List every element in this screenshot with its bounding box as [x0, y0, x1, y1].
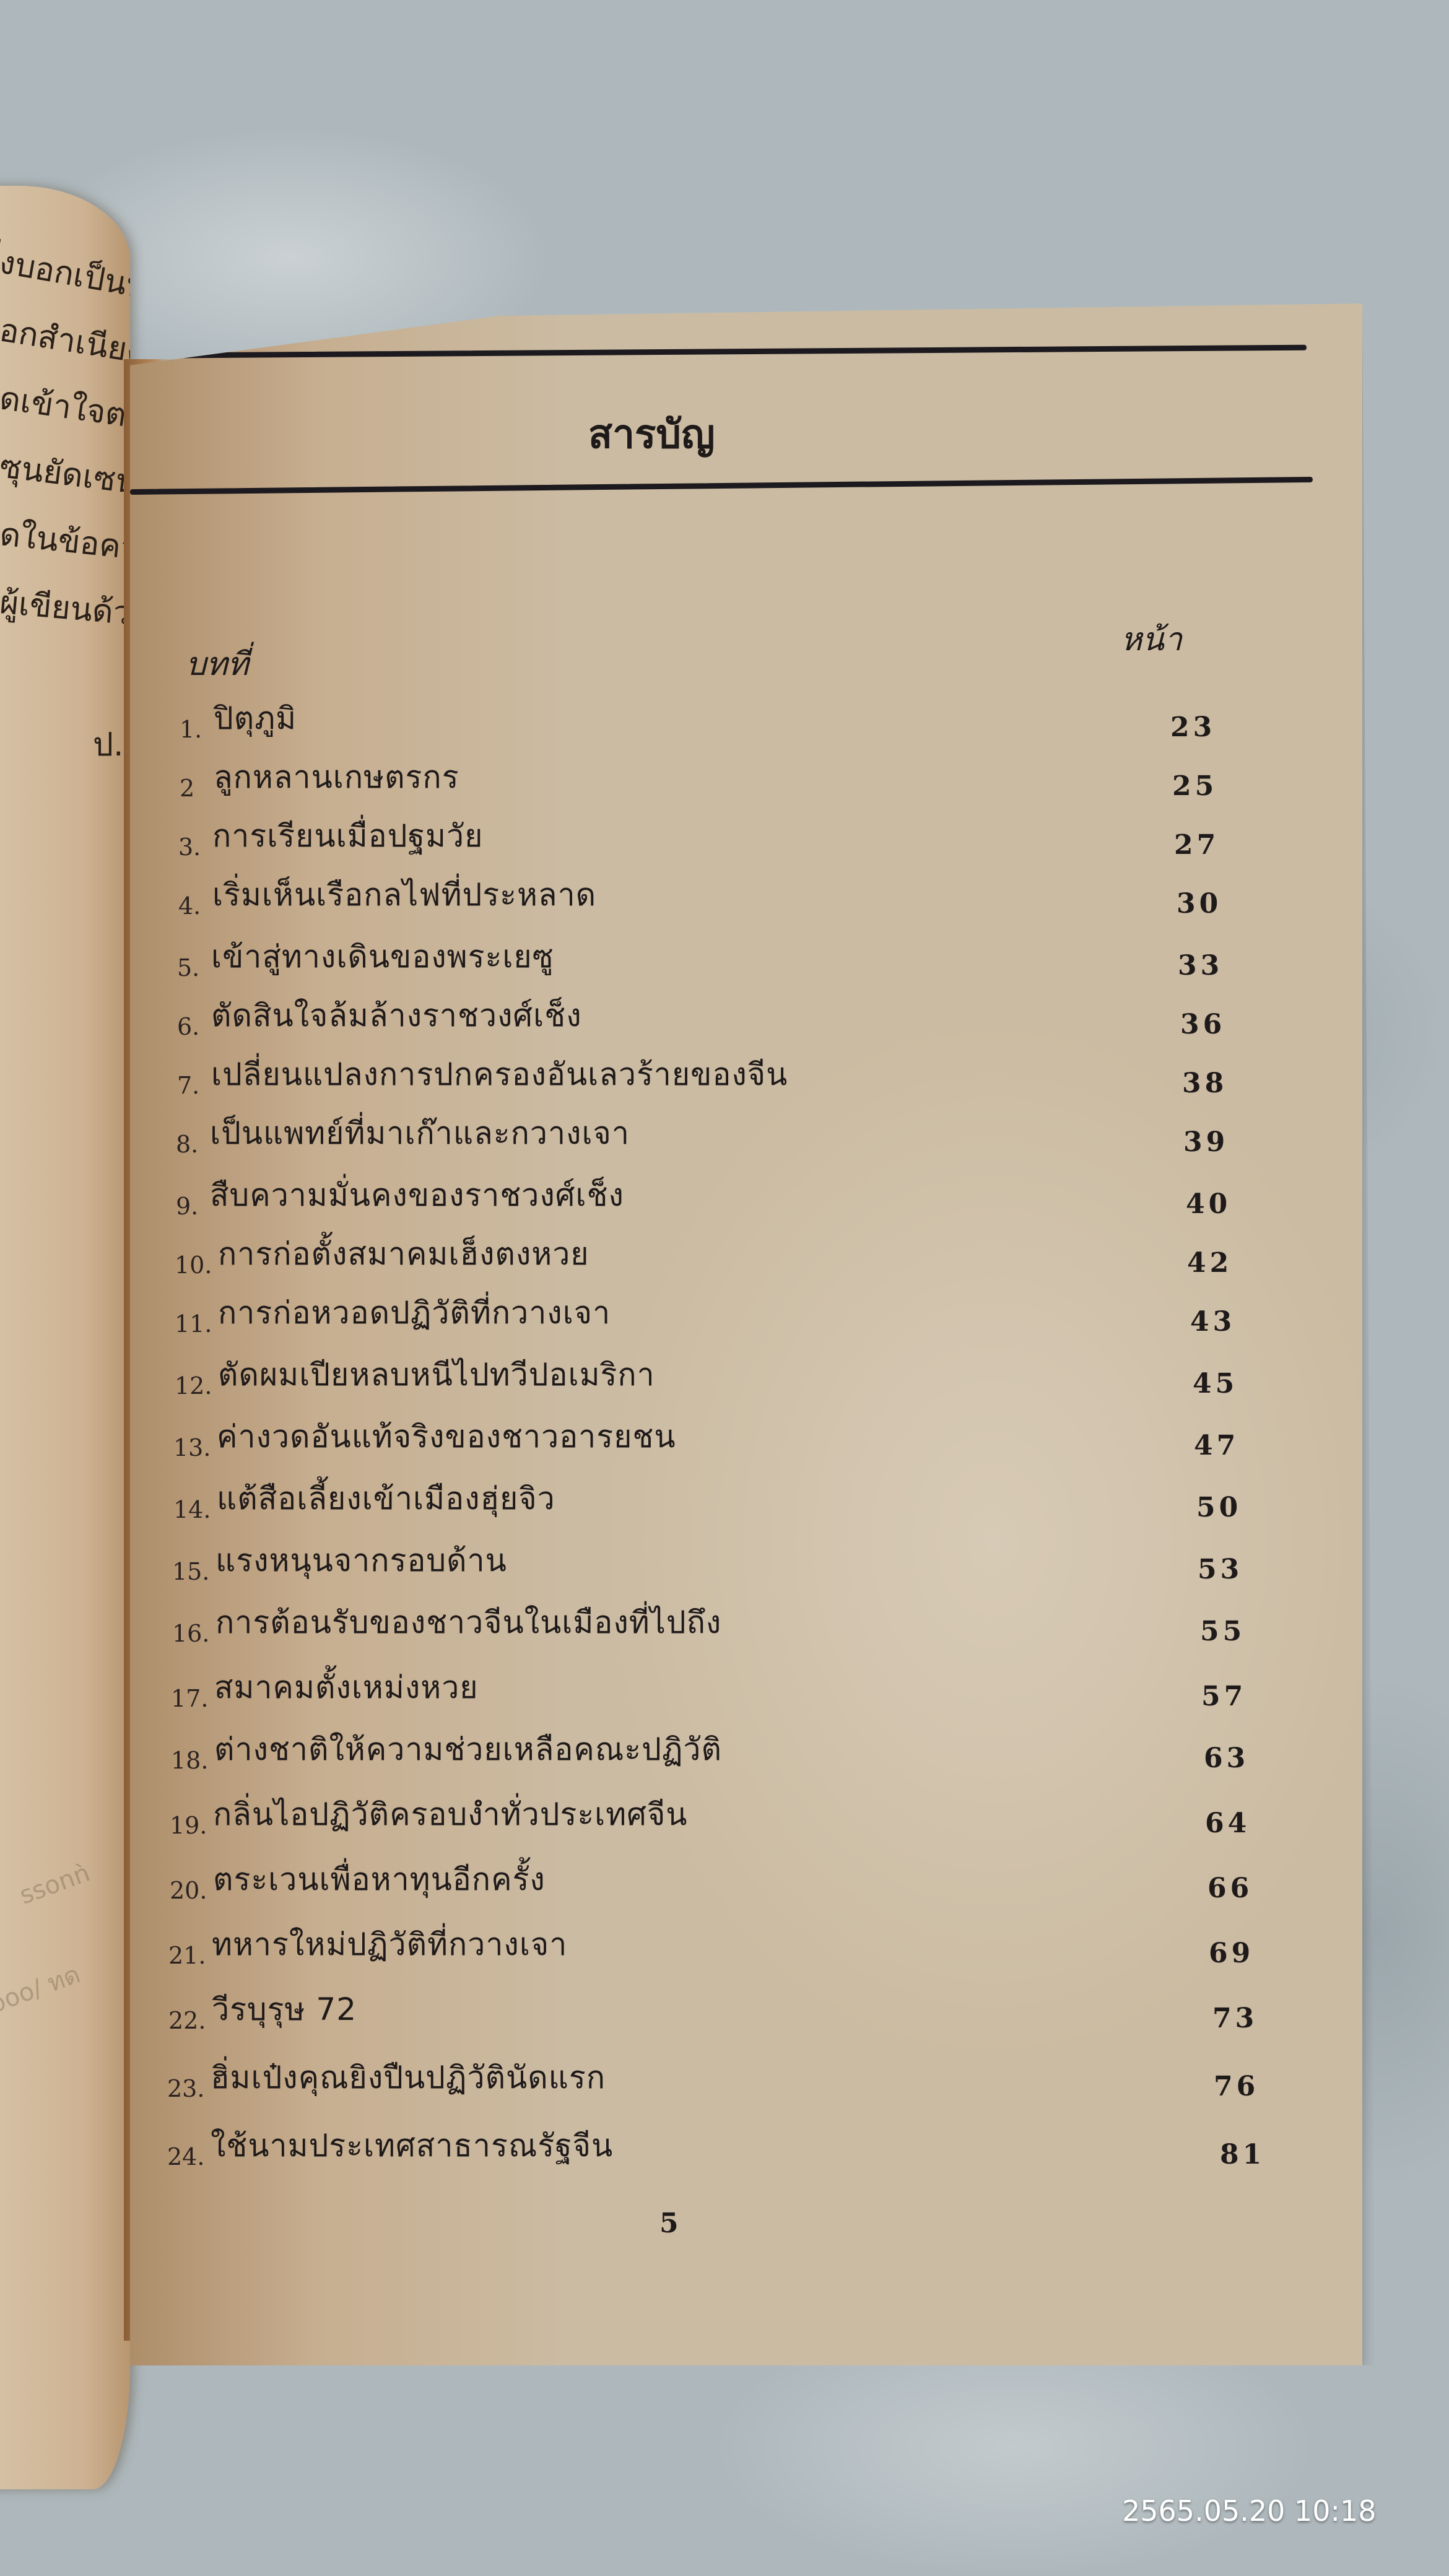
chapter-number: 12.	[175, 1372, 212, 1399]
chapter-number: 16.	[172, 1620, 209, 1647]
chapter-title: เป็นแพทย์ที่มาเก๊าและกวางเจา	[210, 1109, 630, 1158]
chapter-page: 73	[1212, 2003, 1258, 2034]
chapter-page: 45	[1193, 1368, 1238, 1399]
chapter-page: 38	[1182, 1068, 1227, 1099]
toc-entry[interactable]: 9.สืบความมั่นคงของราชวงศ์เช็ง40	[176, 1164, 1352, 1220]
chapter-number: 18.	[171, 1747, 208, 1774]
chapter-title: ตระเวนเพื่อหาทุนอีกครั้ง	[213, 1855, 546, 1904]
left-page-line: ดในข้อความ	[0, 508, 130, 578]
chapter-page: 39	[1183, 1126, 1229, 1158]
bleed-through-text: ooo/ ทด	[0, 1954, 85, 2024]
chapter-page: 42	[1187, 1247, 1232, 1279]
toc-entry[interactable]: 1.ปิตุภูมิ23	[180, 687, 1356, 743]
chapter-page: 33	[1178, 950, 1223, 981]
toc-entry[interactable]: 6.ตัดสินใจล้มล้างราชวงศ์เช็ง36	[177, 985, 1354, 1040]
chapter-page: 23	[1170, 711, 1216, 743]
chapter-number: 1.	[180, 716, 202, 743]
chapter-title: ปิตุภูมิ	[214, 694, 297, 743]
chapter-number: 7.	[177, 1072, 199, 1099]
chapter-page: 40	[1186, 1188, 1231, 1220]
chapter-number: 11.	[175, 1310, 212, 1338]
chapter-page: 27	[1174, 829, 1219, 861]
chapter-page: 43	[1190, 1306, 1235, 1338]
toc-entry[interactable]: 7.เปลี่ยนแปลงการปกครองอันเลวร้ายของจีน38	[177, 1043, 1354, 1099]
toc-entry[interactable]: 23.ฮิ่มเป๋งคุณยิงปืนปฏิวัตินัดแรก76	[167, 2047, 1344, 2102]
chapter-page: 63	[1204, 1743, 1249, 1774]
left-page-line: ผู้เขียนด้วย	[0, 576, 130, 640]
bleed-through-text: ssonǹ	[16, 1858, 94, 1910]
chapter-number: 5.	[177, 954, 199, 981]
toc-entry[interactable]: 15.แรงหนุนจากรอบด้าน53	[172, 1529, 1349, 1585]
chapter-title: เริ่มเห็นเรือกลไฟที่ประหลาด	[212, 871, 596, 920]
chapter-number: 21.	[168, 1942, 206, 1969]
toc-entry[interactable]: 2ลูกหลานเกษตรกร25	[180, 746, 1356, 802]
chapter-title: ลูกหลานเกษตรกร	[214, 753, 459, 802]
chapter-title: ตัดสินใจล้มล้างราชวงศ์เช็ง	[211, 991, 582, 1040]
chapter-page: 69	[1209, 1938, 1254, 1969]
chapter-number: 14.	[173, 1496, 211, 1523]
chapter-number: 15.	[172, 1558, 209, 1585]
toc-entry[interactable]: 11.การก่อหวอดปฏิวัติที่กวางเจา43	[175, 1282, 1351, 1338]
toc-entry[interactable]: 22.วีรบุรุษ 7273	[168, 1978, 1345, 2034]
photo-timestamp: 2565.05.20 10:18	[1122, 2494, 1377, 2528]
left-page-line: ่งบอกเป็นบุ	[0, 236, 130, 312]
chapter-number: 3.	[178, 833, 201, 861]
left-page-line: ซุนยัดเซน นั้	[0, 440, 130, 511]
toc-entry[interactable]: 14.แต้สือเลี้ยงเข้าเมืองฮุ่ยจิว50	[173, 1468, 1350, 1523]
chapter-title: แต้สือเลี้ยงเข้าเมืองฮุ่ยจิว	[217, 1474, 555, 1523]
toc-entry[interactable]: 20.ตระเวนเพื่อหาทุนอีกครั้ง66	[170, 1848, 1346, 1904]
toc-entry[interactable]: 18.ต่างชาติให้ความช่วยเหลือคณะปฏิวัติ63	[171, 1718, 1347, 1774]
chapter-title: การก่อหวอดปฏิวัติที่กวางเจา	[218, 1289, 611, 1338]
toc-entry[interactable]: 12.ตัดผมเปียหลบหนีไปทวีปอเมริกา45	[175, 1344, 1351, 1399]
chapter-title: ตัดผมเปียหลบหนีไปทวีปอเมริกา	[218, 1351, 655, 1399]
chapter-page: 81	[1220, 2139, 1265, 2170]
toc-entry[interactable]: 16.การต้อนรับของชาวจีนในเมืองที่ไปถึง55	[172, 1591, 1349, 1647]
chapter-number: 4.	[178, 892, 201, 920]
left-page-line: อกสำเนียงใน	[0, 304, 130, 383]
toc-page: สารบัญ บทที่ หน้า 1.ปิตุภูมิ23 2ลูกหลานเ…	[130, 303, 1362, 2365]
chapter-title: ต่างชาติให้ความช่วยเหลือคณะปฏิวัติ	[214, 1725, 722, 1774]
chapter-page: 50	[1196, 1492, 1242, 1523]
chapter-number: 17.	[171, 1685, 208, 1712]
chapter-number: 13.	[173, 1434, 211, 1461]
chapter-page: 25	[1172, 770, 1217, 802]
chapter-number: 19.	[170, 1812, 207, 1839]
chapter-title: เข้าสู่ทางเดินของพระเยซู	[211, 933, 554, 981]
chapter-number: 24.	[167, 2143, 204, 2170]
chapter-page: 36	[1180, 1009, 1225, 1040]
left-page-line: ดเข้าใจตามั้น	[0, 372, 130, 449]
chapter-title: กลิ่นไอปฏิวัติครอบงำทั่วประเทศจีน	[213, 1790, 687, 1839]
toc-entry[interactable]: 24.ใช้นามประเทศสาธารณรัฐจีน81	[167, 2115, 1344, 2170]
chapter-number: 8.	[176, 1131, 198, 1158]
chapter-title: วีรบุรุษ 72	[212, 1985, 357, 2034]
chapter-title: สืบความมั่นคงของราชวงศ์เช็ง	[210, 1171, 624, 1220]
chapter-title: แรงหนุนจากรอบด้าน	[215, 1536, 507, 1585]
toc-list: 1.ปิตุภูมิ23 2ลูกหลานเกษตรกร25 3.การเรีย…	[130, 303, 1362, 2365]
page-number: 5	[659, 2208, 679, 2239]
chapter-title: ใช้นามประเทศสาธารณรัฐจีน	[211, 2121, 613, 2170]
chapter-title: เปลี่ยนแปลงการปกครองอันเลวร้ายของจีน	[211, 1050, 788, 1099]
toc-entry[interactable]: 10.การก่อตั้งสมาคมเฮ็งตงหวย42	[175, 1223, 1351, 1279]
chapter-title: ค่างวดอันแท้จริงของชาวอารยชน	[217, 1412, 676, 1461]
chapter-title: ทหารใหม่ปฏิวัติที่กวางเจา	[212, 1920, 567, 1969]
chapter-number: 22.	[168, 2007, 206, 2034]
chapter-number: 23.	[167, 2075, 204, 2102]
chapter-title: การก่อตั้งสมาคมเฮ็งตงหวย	[218, 1230, 590, 1279]
toc-entry[interactable]: 17.สมาคมตั้งเหม่งหวย57	[171, 1656, 1347, 1712]
chapter-page: 53	[1198, 1554, 1243, 1585]
chapter-title: การเรียนเมื่อปฐมวัย	[212, 812, 483, 861]
chapter-number: 6.	[177, 1013, 199, 1040]
chapter-page: 30	[1177, 888, 1222, 920]
chapter-page: 66	[1207, 1873, 1253, 1904]
chapter-number: 9.	[176, 1193, 198, 1220]
chapter-page: 76	[1214, 2071, 1259, 2102]
toc-entry[interactable]: 21.ทหารใหม่ปฏิวัติที่กวางเจา69	[168, 1913, 1345, 1969]
toc-entry[interactable]: 4.เริ่มเห็นเรือกลไฟที่ประหลาด30	[178, 864, 1355, 920]
toc-entry[interactable]: 8.เป็นแพทย์ที่มาเก๊าและกวางเจา39	[176, 1102, 1352, 1158]
chapter-number: 20.	[170, 1877, 207, 1904]
chapter-page: 47	[1194, 1430, 1239, 1461]
toc-entry[interactable]: 19.กลิ่นไอปฏิวัติครอบงำทั่วประเทศจีน64	[170, 1783, 1346, 1839]
chapter-number: 2	[180, 775, 194, 802]
chapter-title: การต้อนรับของชาวจีนในเมืองที่ไปถึง	[215, 1598, 721, 1647]
chapter-title: ฮิ่มเป๋งคุณยิงปืนปฏิวัตินัดแรก	[211, 2053, 606, 2102]
chapter-title: สมาคมตั้งเหม่งหวย	[214, 1663, 479, 1712]
chapter-number: 10.	[175, 1251, 212, 1279]
chapter-page: 57	[1201, 1681, 1247, 1712]
chapter-page: 64	[1205, 1808, 1250, 1839]
toc-entry[interactable]: 3.การเรียนเมื่อปฐมวัย27	[178, 805, 1355, 861]
toc-entry[interactable]: 5.เข้าสู่ทางเดินของพระเยซู33	[177, 926, 1354, 981]
chapter-page: 55	[1200, 1616, 1245, 1647]
toc-entry[interactable]: 13.ค่างวดอันแท้จริงของชาวอารยชน47	[173, 1406, 1350, 1461]
left-facing-page: ่งบอกเป็นบุ อกสำเนียงใน ดเข้าใจตามั้น ซุ…	[0, 186, 130, 2489]
